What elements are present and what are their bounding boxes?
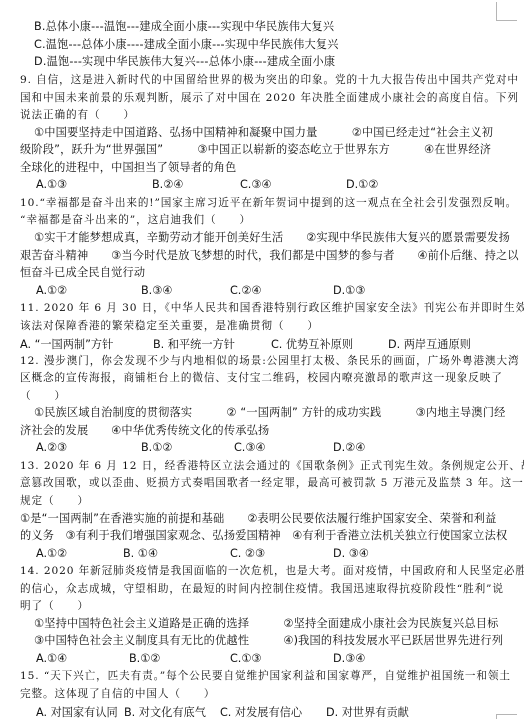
q11-choice-a: A. “一国两制”方针 [20,336,113,352]
q10-statement-line: 艰苦奋斗精神 ③当今时代是放飞梦想的时代，我们都是中国梦的参与者 ④前仆后继、持… [20,249,508,263]
q12-statement-line: ①民族区域自治制度的贯彻落实 ② “一国两制” 方针的成功实践 ③内地主导澳门经 [34,406,508,420]
page-corner-mark-top [496,2,517,21]
q11-choice-d: D. 两岸互通原则 [388,336,471,352]
q10-choice-a: A.①② [36,284,67,297]
q14-choice-c: C.①③ [230,652,261,665]
q9-stem-line: 9. 自信，这是进入新时代的中国留给世界的极为突出的印象。党的十九大报告传出中国… [20,73,508,87]
q12-choice-c: C.③④ [234,441,265,454]
q13-statement-line: ①是“一国两制”在香港实施的前提和基础 ②表明公民要依法履行维护国家安全、荣誉和… [20,512,508,526]
q14-stem-line: 明了（ ） [20,599,508,613]
q13-statement-line: 的义务 ③有利于我们增强国家观念、弘扬爱国精神 ④有利于香港立法机关独立行使国家… [20,529,508,543]
q13-stem-line: 规定（ ） [20,494,508,508]
q14-statement-line: ③中国特色社会主义制度具有无比的优越性 ④)我国的科技发展水平已跃居世界先进行列 [34,634,508,648]
q9-choice-d: D.①② [346,178,378,191]
q15-stem-line: 15. “天下兴亡，匹夫有责。”每个公民要自觉维护国家利益和国家尊严，自觉维护祖… [20,669,508,683]
q14-statement-line: ①坚持中国特色社会主义道路是正确的选择 ②坚持全面建成小康社会为民族复兴总目标 [34,617,508,631]
q9-choice-b: B.②④ [152,178,183,191]
q10-choice-b: B.③④ [141,284,172,297]
q15-choice-b: B. 对文化有底气 [124,704,206,719]
q12-statement-line: 济社会的发展 ④中华优秀传统文化的传承弘扬 [20,424,508,438]
q9-statement-line: 级阶段”，跃升为“世界强国” ③中国正以崭新的姿态屹立于世界东方 ④在世界经济 [20,143,508,157]
q9-choice-a: A.①③ [36,178,67,191]
q12-choice-a: A.②③ [36,441,67,454]
q11-stem-line: 11. 2020 年 6 月 30 日，《中华人民共和国香港特别行政区维护国家安… [20,301,508,315]
q15-stem-line: 完整。这体现了自信的中国人（ ） [20,687,508,701]
q14-stem-line: 14. 2020 年新冠肺炎疫情是我国面临的一次危机，也是大考。面对疫情，中国政… [20,564,508,578]
q14-choice-d: D.③④ [333,652,365,665]
q13-stem-line: 13. 2020 年 6 月 12 日，经香港特区立法会通过的《国歌条例》正式刊… [20,459,508,473]
q12-choice-b: B.①② [141,441,172,454]
q10-statement-line: ①实干才能梦想成真，辛勤劳动才能开创美好生活 ②实现中华民族伟大复兴的愿景需要发… [34,231,508,245]
q11-choice-b: B. 和平统一方针 [153,336,235,352]
q9-choice-c: C.③④ [240,178,271,191]
q11-stem-line: 该法对保障香港的繁荣稳定至关重要，是准确贯彻（ ） [20,319,508,333]
exam-page: B.总体小康---温饱---建成全面小康---实现中华民族伟大复兴 C.温饱--… [0,0,524,719]
q13-choice-a: A.①② [36,547,67,560]
q8-option-b: B.总体小康---温饱---建成全面小康---实现中华民族伟大复兴 [34,20,508,34]
q13-choice-d: D. ③④ [333,547,369,560]
q10-stem-line: 10.“幸福都是奋斗出来的!”国家主席习近平在新年贺词中提到的这一观点在全社会引… [20,196,508,210]
q15-choice-c: C. 对发展有信心 [220,704,302,719]
q9-statement-line: ①中国要坚持走中国道路、弘扬中国精神和凝聚中国力量 ②中国已经走过“社会主义初 [34,126,508,140]
q10-stem-line: “幸福都是奋斗出来的”，这启迪我们（ ） [20,213,508,227]
q15-choice-d: D. 对世界有贡献 [326,704,409,719]
q12-stem-line: 区概念的宣传海报，商铺柜台上的微信、支付宝二维码，校园内嘹亮激昂的歌声这一现象反… [20,371,508,385]
q12-stem-line: （ ） [20,389,508,403]
q14-choice-a: A.①④ [36,652,67,665]
q14-choice-b: B.①② [129,652,160,665]
q12-stem-line: 12. 漫步澳门，你会发现不少与内地相似的场景:公园里打太极、条民乐的画面，广场… [20,354,508,368]
q8-option-c: C.温饱---总体小康----建成全面小康---实现中华民族伟大复兴 [34,38,508,52]
q11-choice-c: C. 优势互补原则 [271,336,353,352]
q13-choice-b: B. ①④ [123,547,158,560]
q9-stem-line: 国和中国未来前景的乐观判断，展示了对中国在 2020 年决胜全面建成小康社会的高… [20,91,508,105]
q13-choice-c: C. ②③ [230,547,265,560]
q15-choice-a: A. 对国家有认同 [36,704,118,719]
q10-choice-d: D.①③ [333,284,365,297]
q14-stem-line: 的信心，众志成城，守望相助，在最短的时间内控制住疫情。我国迅速取得抗疫阶段性“胜… [20,582,508,596]
q13-stem-line: 意篡改国歌，或以歪曲、贬损方式奏唱国歌者一经定罪，最高可被罚款 5 万港元及监禁… [20,476,508,490]
q10-statement-line: 恒奋斗已成全民自觉行动 [20,266,508,280]
q8-option-d: D.温饱---实现中华民族伟大复兴---总体小康---建成全面小康 [34,55,508,69]
page-corner-mark-bottom [496,714,517,719]
q9-statement-line: 全球化的进程中，中国担当了领导者的角色 [20,161,508,175]
q10-choice-c: C.②④ [230,284,261,297]
q12-choice-d: D.②④ [333,441,365,454]
q9-stem-line: 说法正确的有（ ） [20,108,508,122]
